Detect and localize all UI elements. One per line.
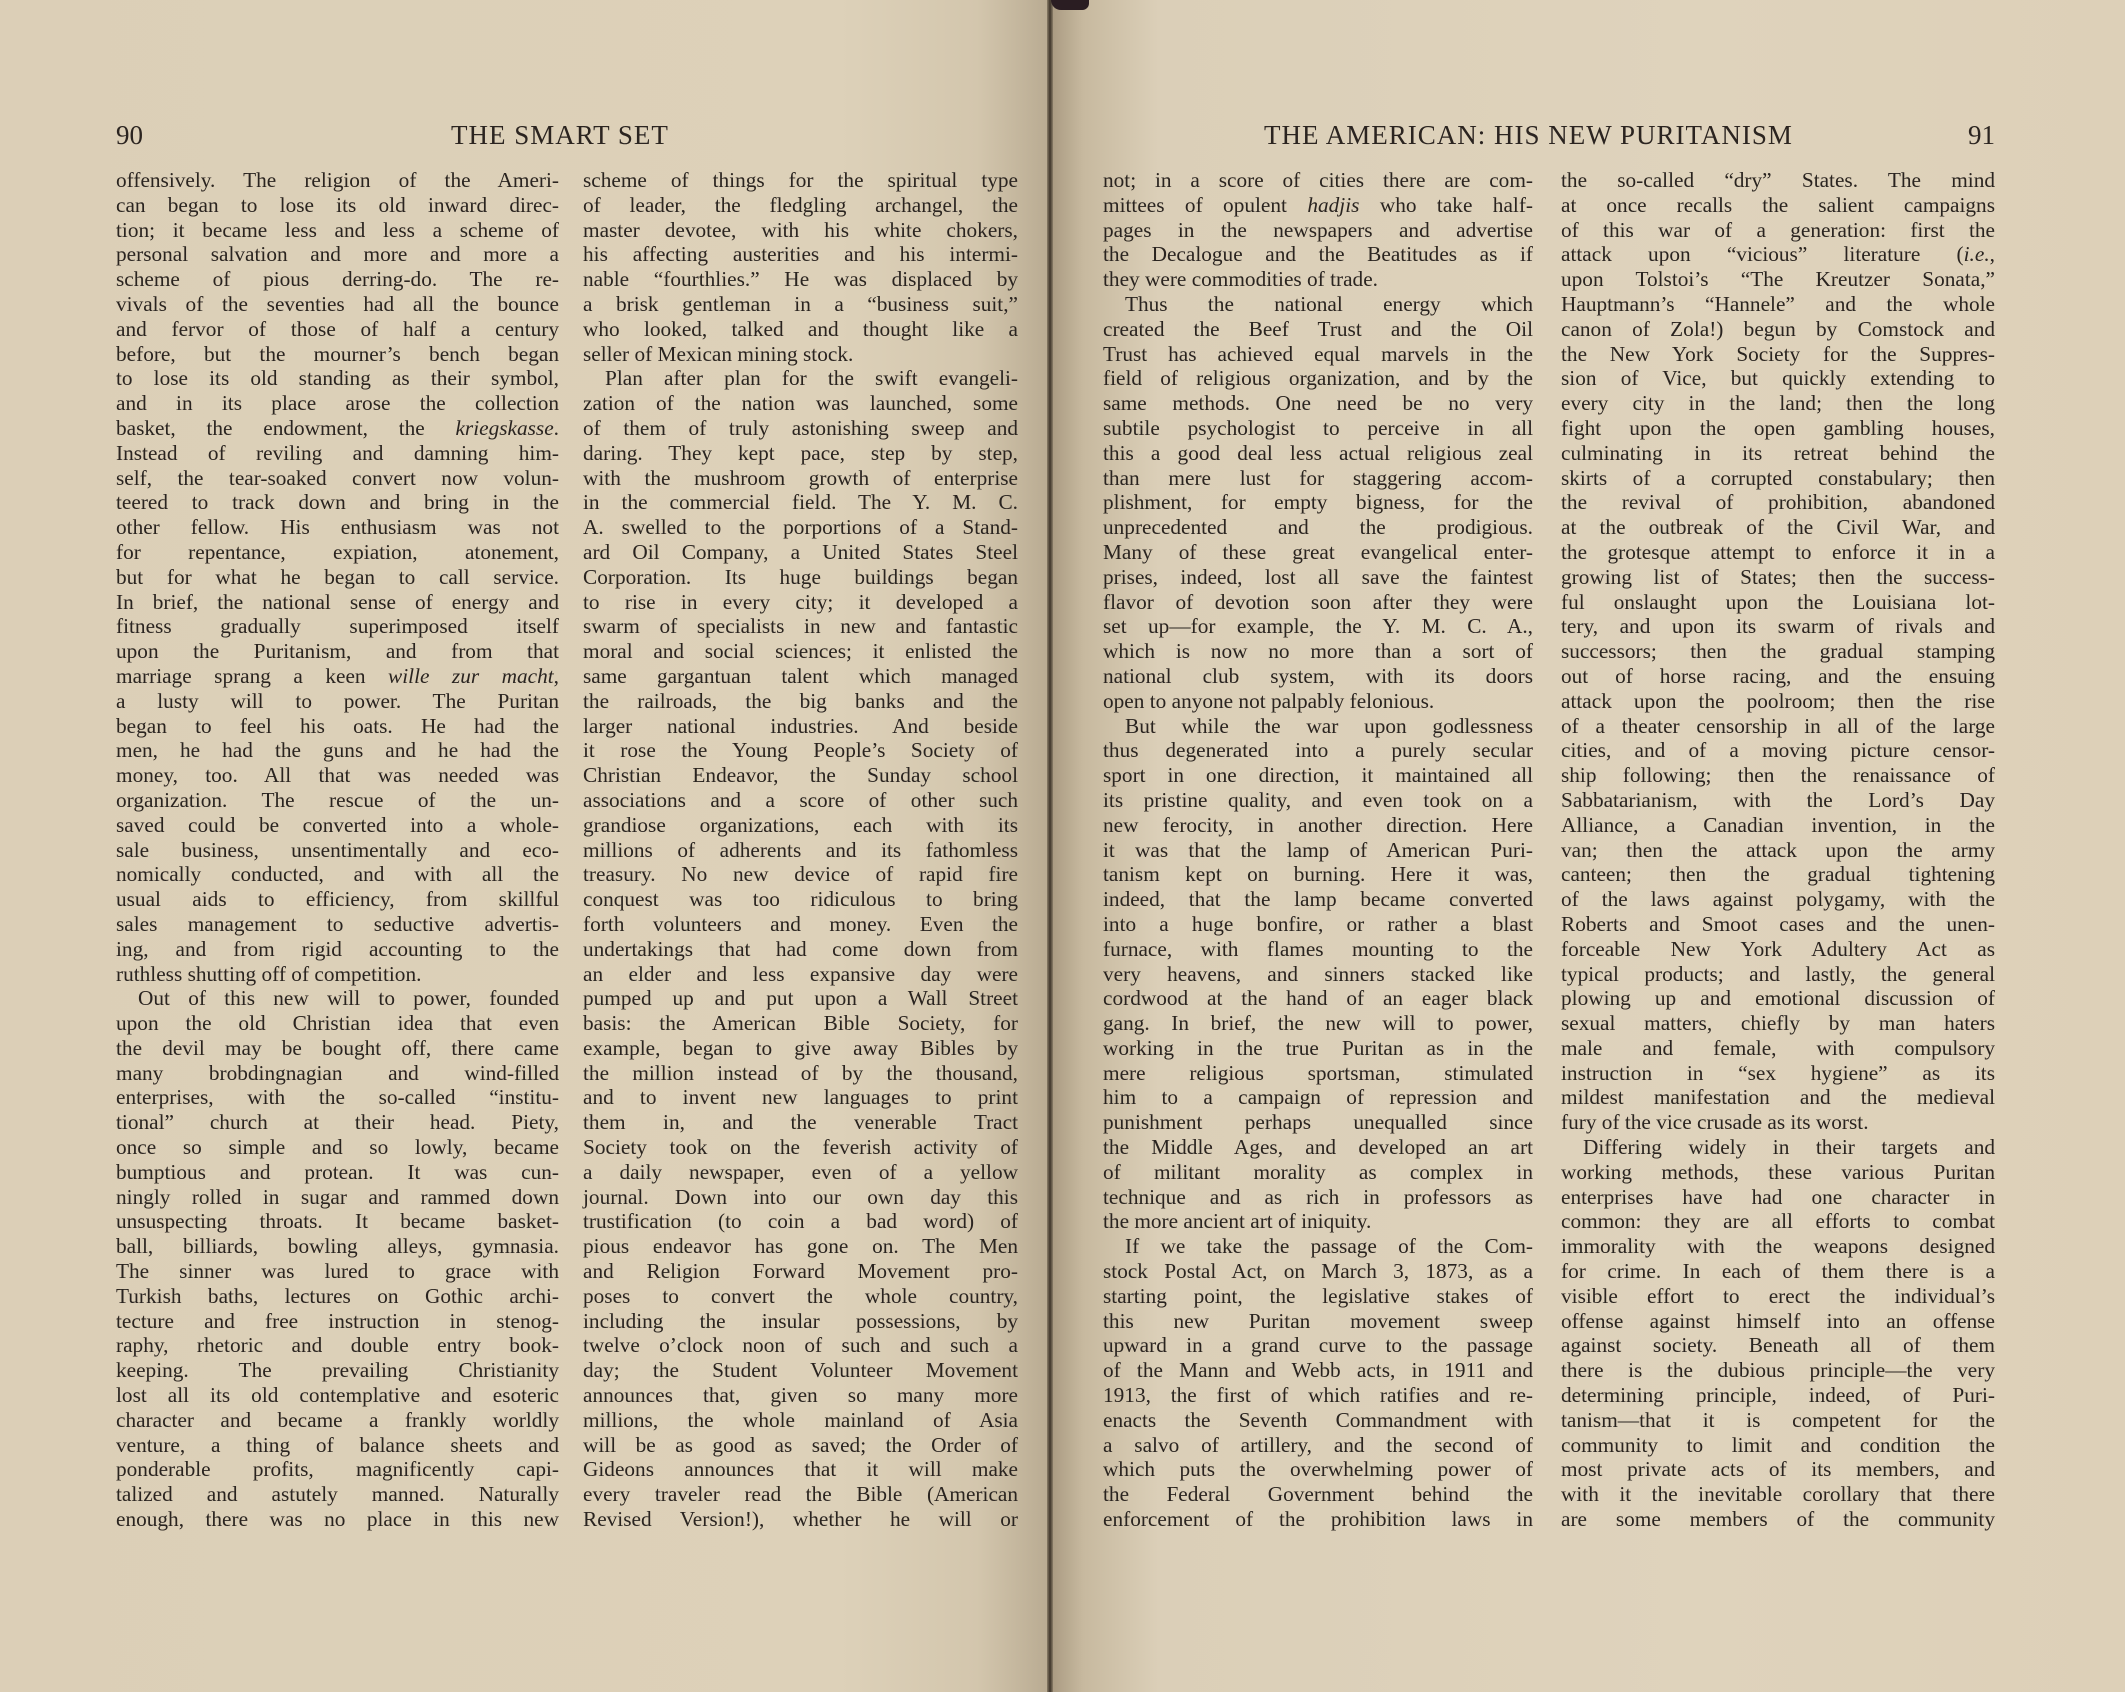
text-line: at the outbreak of the Civil War, and bbox=[1561, 515, 1995, 540]
text-line: scheme of pious derring-do. The re- bbox=[116, 267, 559, 292]
text-line: at once recalls the salient campaigns bbox=[1561, 193, 1995, 218]
text-line: basket, the endowment, the kriegskasse. bbox=[116, 416, 559, 441]
text-line: the so-called “dry” States. The mind bbox=[1561, 168, 1995, 193]
text-line: indeed, that the lamp became converted bbox=[1103, 887, 1533, 912]
text-line: can began to lose its old inward direc- bbox=[116, 193, 559, 218]
text-line: offensively. The religion of the Ameri- bbox=[116, 168, 559, 193]
text-line: it was that the lamp of American Puri- bbox=[1103, 838, 1533, 863]
text-line: lost all its old contemplative and esote… bbox=[116, 1383, 559, 1408]
right-page: THE AMERICAN: HIS NEW PURITANISM 91 not;… bbox=[1051, 0, 2125, 1692]
text-line: grandiose organizations, each with its bbox=[583, 813, 1018, 838]
text-line: many brobdingnagian and wind-filled bbox=[116, 1061, 559, 1086]
text-line: tecture and free instruction in stenog- bbox=[116, 1309, 559, 1334]
text-line: van; then the attack upon the army bbox=[1561, 838, 1995, 863]
text-line: created the Beef Trust and the Oil bbox=[1103, 317, 1533, 342]
text-line: tanism—that it is competent for the bbox=[1561, 1408, 1995, 1433]
text-line: who looked, talked and thought like a bbox=[583, 317, 1018, 342]
text-column-1: offensively. The religion of the Ameri-c… bbox=[116, 168, 559, 1532]
bookmark-ribbon bbox=[1051, 0, 1089, 10]
text-line: than mere lust for staggering accom- bbox=[1103, 466, 1533, 491]
text-line: seller of Mexican mining stock. bbox=[583, 342, 1018, 367]
text-line: stock Postal Act, on March 3, 1873, as a bbox=[1103, 1259, 1533, 1284]
text-line: a brisk gentleman in a “business suit,” bbox=[583, 292, 1018, 317]
text-line: working methods, these various Puritan bbox=[1561, 1160, 1995, 1185]
text-line: community to limit and condition the bbox=[1561, 1433, 1995, 1458]
text-line: prises, indeed, lost all save the fainte… bbox=[1103, 565, 1533, 590]
text-line: Hauptmann’s “Hannele” and the whole bbox=[1561, 292, 1995, 317]
text-line: and Religion Forward Movement pro- bbox=[583, 1259, 1018, 1284]
text-line: enough, there was no place in this new bbox=[116, 1507, 559, 1532]
text-line: 1913, the first of which ratifies and re… bbox=[1103, 1383, 1533, 1408]
text-line: new ferocity, in another direction. Here bbox=[1103, 813, 1533, 838]
text-line: Many of these great evangelical enter- bbox=[1103, 540, 1533, 565]
text-line: Revised Version!), whether he will or bbox=[583, 1507, 1018, 1532]
text-line: venture, a thing of balance sheets and bbox=[116, 1433, 559, 1458]
text-line: millions, the whole mainland of Asia bbox=[583, 1408, 1018, 1433]
text-line: its pristine quality, and even took on a bbox=[1103, 788, 1533, 813]
text-line: most private acts of its members, and bbox=[1561, 1457, 1995, 1482]
text-line: the devil may be bought off, there came bbox=[116, 1036, 559, 1061]
text-line: unprecedented and the prodigious. bbox=[1103, 515, 1533, 540]
text-line: vivals of the seventies had all the boun… bbox=[116, 292, 559, 317]
text-line: Plan after plan for the swift evangeli- bbox=[583, 366, 1018, 391]
text-line: Gideons announces that it will make bbox=[583, 1457, 1018, 1482]
text-line: punishment perhaps unequalled since bbox=[1103, 1110, 1533, 1135]
text-line: zation of the nation was launched, some bbox=[583, 391, 1018, 416]
text-line: tery, and upon its swarm of rivals and bbox=[1561, 614, 1995, 639]
text-line: upon the Puritanism, and from that bbox=[116, 639, 559, 664]
text-line: of this war of a generation: first the bbox=[1561, 218, 1995, 243]
text-line: Society took on the feverish activity of bbox=[583, 1135, 1018, 1160]
text-line: the more ancient art of iniquity. bbox=[1103, 1209, 1533, 1234]
text-line: scheme of things for the spiritual type bbox=[583, 168, 1018, 193]
text-line: began to feel his oats. He had the bbox=[116, 714, 559, 739]
text-line: daring. They kept pace, step by step, bbox=[583, 441, 1018, 466]
text-line: flavor of devotion soon after they were bbox=[1103, 590, 1533, 615]
text-line: the Federal Government behind the bbox=[1103, 1482, 1533, 1507]
text-line: gang. In brief, the new will to power, bbox=[1103, 1011, 1533, 1036]
text-line: the revival of prohibition, abandoned bbox=[1561, 490, 1995, 515]
text-line: national club system, with its doors bbox=[1103, 664, 1533, 689]
text-line: a salvo of artillery, and the second of bbox=[1103, 1433, 1533, 1458]
text-line: plowing up and emotional discussion of bbox=[1561, 986, 1995, 1011]
text-line: Thus the national energy which bbox=[1103, 292, 1533, 317]
text-line: to rise in every city; it developed a bbox=[583, 590, 1018, 615]
text-line: which is now no more than a sort of bbox=[1103, 639, 1533, 664]
text-line: forth volunteers and money. Even the bbox=[583, 912, 1018, 937]
text-line: ard Oil Company, a United States Steel bbox=[583, 540, 1018, 565]
text-line: of militant morality as complex in bbox=[1103, 1160, 1533, 1185]
text-line: The sinner was lured to grace with bbox=[116, 1259, 559, 1284]
text-line: a daily newspaper, even of a yellow bbox=[583, 1160, 1018, 1185]
running-head-left: THE SMART SET bbox=[451, 120, 669, 151]
text-line: Corporation. Its huge buildings began bbox=[583, 565, 1018, 590]
text-line: subtile psychologist to perceive in all bbox=[1103, 416, 1533, 441]
text-line: sale business, unsentimentally and eco- bbox=[116, 838, 559, 863]
text-line: and to invent new languages to print bbox=[583, 1085, 1018, 1110]
text-line: day; the Student Volunteer Movement bbox=[583, 1358, 1018, 1383]
text-line: immorality with the weapons designed bbox=[1561, 1234, 1995, 1259]
text-line: instruction in “sex hygiene” as its bbox=[1561, 1061, 1995, 1086]
text-line: master devotee, with his white chokers, bbox=[583, 218, 1018, 243]
text-line: for crime. In each of them there is a bbox=[1561, 1259, 1995, 1284]
text-line: conquest was too ridiculous to bring bbox=[583, 887, 1018, 912]
text-line: trustification (to coin a bad word) of bbox=[583, 1209, 1018, 1234]
text-line: which puts the overwhelming power of bbox=[1103, 1457, 1533, 1482]
text-line: men, he had the guns and he had the bbox=[116, 738, 559, 763]
text-line: it rose the Young People’s Society of bbox=[583, 738, 1018, 763]
text-line: canteen; then the gradual tightening bbox=[1561, 862, 1995, 887]
text-line: marriage sprang a keen wille zur macht, bbox=[116, 664, 559, 689]
text-line: common: they are all efforts to combat bbox=[1561, 1209, 1995, 1234]
text-line: fury of the vice crusade as its worst. bbox=[1561, 1110, 1995, 1135]
text-line: the New York Society for the Suppres- bbox=[1561, 342, 1995, 367]
text-line: Alliance, a Canadian invention, in the bbox=[1561, 813, 1995, 838]
text-line: other fellow. His enthusiasm was not bbox=[116, 515, 559, 540]
text-line: every traveler read the Bible (American bbox=[583, 1482, 1018, 1507]
text-line: of a theater censorship in all of the la… bbox=[1561, 714, 1995, 739]
text-line: Instead of reviling and damning him- bbox=[116, 441, 559, 466]
text-line: fitness gradually superimposed itself bbox=[116, 614, 559, 639]
text-line: there is the dubious principle—the very bbox=[1561, 1358, 1995, 1383]
text-line: his affecting austerities and his interm… bbox=[583, 242, 1018, 267]
text-line: sion of Vice, but quickly extending to bbox=[1561, 366, 1995, 391]
text-line: poses to convert the whole country, bbox=[583, 1284, 1018, 1309]
text-line: successors; then the gradual stamping bbox=[1561, 639, 1995, 664]
text-line: nomically conducted, and with all the bbox=[116, 862, 559, 887]
text-line: ball, billiards, bowling alleys, gymnasi… bbox=[116, 1234, 559, 1259]
text-line: very heavens, and sinners stacked like bbox=[1103, 962, 1533, 987]
text-line: typical products; and lastly, the genera… bbox=[1561, 962, 1995, 987]
text-line: sport in one direction, it maintained al… bbox=[1103, 763, 1533, 788]
text-line: Christian Endeavor, the Sunday school bbox=[583, 763, 1018, 788]
text-line: nable “fourthlies.” He was displaced by bbox=[583, 267, 1018, 292]
text-line: skirts of a corrupted constabulary; then bbox=[1561, 466, 1995, 491]
text-line: journal. Down into our own day this bbox=[583, 1185, 1018, 1210]
text-line: the million instead of by the thousand, bbox=[583, 1061, 1018, 1086]
text-line: open to anyone not palpably felonious. bbox=[1103, 689, 1533, 714]
text-line: undertakings that had come down from bbox=[583, 937, 1018, 962]
page-number-right: 91 bbox=[1968, 120, 1995, 151]
text-line: keeping. The prevailing Christianity bbox=[116, 1358, 559, 1383]
text-line: starting point, the legislative stakes o… bbox=[1103, 1284, 1533, 1309]
text-line: including the insular possessions, by bbox=[583, 1309, 1018, 1334]
text-line: an elder and less expansive day were bbox=[583, 962, 1018, 987]
text-line: example, began to give away Bibles by bbox=[583, 1036, 1018, 1061]
text-line: furnace, with flames mounting to the bbox=[1103, 937, 1533, 962]
text-line: A. swelled to the porportions of a Stand… bbox=[583, 515, 1018, 540]
text-line: upon Tolstoi’s “The Kreutzer Sonata,” bbox=[1561, 267, 1995, 292]
text-line: sales management to seductive advertis- bbox=[116, 912, 559, 937]
text-line: bumptious and protean. It was cun- bbox=[116, 1160, 559, 1185]
text-line: tanism kept on burning. Here it was, bbox=[1103, 862, 1533, 887]
text-line: this new Puritan movement sweep bbox=[1103, 1309, 1533, 1334]
text-line: and in its place arose the collection bbox=[116, 391, 559, 416]
text-line: In brief, the national sense of energy a… bbox=[116, 590, 559, 615]
text-line: enterprises have had one character in bbox=[1561, 1185, 1995, 1210]
text-line: fight upon the open gambling houses, bbox=[1561, 416, 1995, 441]
text-line: tion; it became less and less a scheme o… bbox=[116, 218, 559, 243]
text-line: tional” church at their head. Piety, bbox=[116, 1110, 559, 1135]
text-line: male and female, with compulsory bbox=[1561, 1036, 1995, 1061]
text-line: ful onslaught upon the Louisiana lot- bbox=[1561, 590, 1995, 615]
text-line: money, too. All that was needed was bbox=[116, 763, 559, 788]
text-line: mittees of opulent hadjis who take half- bbox=[1103, 193, 1533, 218]
text-line: in the commercial field. The Y. M. C. bbox=[583, 490, 1018, 515]
text-line: talized and astutely manned. Naturally bbox=[116, 1482, 559, 1507]
text-line: ing, and from rigid accounting to the bbox=[116, 937, 559, 962]
text-line: field of religious organization, and by … bbox=[1103, 366, 1533, 391]
text-line: Turkish baths, lectures on Gothic archi- bbox=[116, 1284, 559, 1309]
text-line: him to a campaign of repression and bbox=[1103, 1085, 1533, 1110]
text-line: basis: the American Bible Society, for bbox=[583, 1011, 1018, 1036]
book-spread: 90 THE SMART SET offensively. The religi… bbox=[0, 0, 2125, 1692]
text-line: teered to track down and bring in the bbox=[116, 490, 559, 515]
text-line: Sabbatarianism, with the Lord’s Day bbox=[1561, 788, 1995, 813]
left-page: 90 THE SMART SET offensively. The religi… bbox=[0, 0, 1051, 1692]
text-line: saved could be converted into a whole- bbox=[116, 813, 559, 838]
text-line: ningly rolled in sugar and rammed down bbox=[116, 1185, 559, 1210]
text-column-3: not; in a score of cities there are com-… bbox=[1103, 168, 1533, 1532]
text-line: ship following; then the renaissance of bbox=[1561, 763, 1995, 788]
text-line: attack upon “vicious” literature (i.e., bbox=[1561, 242, 1995, 267]
text-line: usual aids to efficiency, from skillful bbox=[116, 887, 559, 912]
text-line: ponderable profits, magnificently capi- bbox=[116, 1457, 559, 1482]
text-line: against society. Beneath all of them bbox=[1561, 1333, 1995, 1358]
text-line: canon of Zola!) begun by Comstock and bbox=[1561, 317, 1995, 342]
text-line: sexual matters, chiefly by man haters bbox=[1561, 1011, 1995, 1036]
text-line: the railroads, the big banks and the bbox=[583, 689, 1018, 714]
text-line: the Decalogue and the Beatitudes as if bbox=[1103, 242, 1533, 267]
text-line: Differing widely in their targets and bbox=[1561, 1135, 1995, 1160]
text-line: upward in a grand curve to the passage bbox=[1103, 1333, 1533, 1358]
text-line: not; in a score of cities there are com- bbox=[1103, 168, 1533, 193]
text-line: same methods. One need be no very bbox=[1103, 391, 1533, 416]
text-line: determining principle, indeed, of Puri- bbox=[1561, 1383, 1995, 1408]
text-line: swarm of specialists in new and fantasti… bbox=[583, 614, 1018, 639]
text-line: visible effort to erect the individual’s bbox=[1561, 1284, 1995, 1309]
text-line: moral and social sciences; it enlisted t… bbox=[583, 639, 1018, 664]
text-line: unsuspecting throats. It became basket- bbox=[116, 1209, 559, 1234]
text-line: are some members of the community bbox=[1561, 1507, 1995, 1532]
text-line: offense against himself into an offense bbox=[1561, 1309, 1995, 1334]
text-line: a lusty will to power. The Puritan bbox=[116, 689, 559, 714]
text-line: to lose its old standing as their symbol… bbox=[116, 366, 559, 391]
text-column-4: the so-called “dry” States. The mindat o… bbox=[1561, 168, 1995, 1532]
book-gutter bbox=[1047, 0, 1053, 1692]
text-line: culminating in its retreat behind the bbox=[1561, 441, 1995, 466]
text-line: before, but the mourner’s bench began bbox=[116, 342, 559, 367]
text-line: pumped up and put upon a Wall Street bbox=[583, 986, 1018, 1011]
text-line: mildest manifestation and the medieval bbox=[1561, 1085, 1995, 1110]
text-line: If we take the passage of the Com- bbox=[1103, 1234, 1533, 1259]
text-line: personal salvation and more and more a bbox=[116, 242, 559, 267]
text-line: millions of adherents and its fathomless bbox=[583, 838, 1018, 863]
text-line: this a good deal less actual religious z… bbox=[1103, 441, 1533, 466]
text-line: working in the true Puritan as in the bbox=[1103, 1036, 1533, 1061]
text-line: ruthless shutting off of competition. bbox=[116, 962, 559, 987]
text-line: with the mushroom growth of enterprise bbox=[583, 466, 1018, 491]
text-line: enforcement of the prohibition laws in bbox=[1103, 1507, 1533, 1532]
text-line: forceable New York Adultery Act as bbox=[1561, 937, 1995, 962]
text-line: enterprises, with the so-called “institu… bbox=[116, 1085, 559, 1110]
text-line: character and became a frankly worldly bbox=[116, 1408, 559, 1433]
text-line: plishment, for empty bigness, for the bbox=[1103, 490, 1533, 515]
text-line: every city in the land; then the long bbox=[1561, 391, 1995, 416]
text-line: cordwood at the hand of an eager black bbox=[1103, 986, 1533, 1011]
text-line: out of horse racing, and the ensuing bbox=[1561, 664, 1995, 689]
text-line: treasury. No new device of rapid fire bbox=[583, 862, 1018, 887]
text-line: will be as good as saved; the Order of bbox=[583, 1433, 1018, 1458]
text-line: of leader, the fledgling archangel, the bbox=[583, 193, 1018, 218]
page-number-left: 90 bbox=[116, 120, 143, 151]
text-column-2: scheme of things for the spiritual typeo… bbox=[583, 168, 1018, 1532]
text-line: growing list of States; then the success… bbox=[1561, 565, 1995, 590]
text-line: technique and as rich in professors as bbox=[1103, 1185, 1533, 1210]
text-line: thus degenerated into a purely secular bbox=[1103, 738, 1533, 763]
text-line: announces that, given so many more bbox=[583, 1383, 1018, 1408]
text-line: set up—for example, the Y. M. C. A., bbox=[1103, 614, 1533, 639]
text-line: Trust has achieved equal marvels in the bbox=[1103, 342, 1533, 367]
text-line: them in, and the venerable Tract bbox=[583, 1110, 1018, 1135]
running-head-right: THE AMERICAN: HIS NEW PURITANISM bbox=[1264, 120, 1793, 151]
text-line: Roberts and Smoot cases and the unen- bbox=[1561, 912, 1995, 937]
text-line: mere religious sportsman, stimulated bbox=[1103, 1061, 1533, 1086]
text-line: but for what he began to call service. bbox=[116, 565, 559, 590]
text-line: larger national industries. And beside bbox=[583, 714, 1018, 739]
text-line: raphy, rhetoric and double entry book- bbox=[116, 1333, 559, 1358]
text-line: and fervor of those of half a century bbox=[116, 317, 559, 342]
text-line: of the Mann and Webb acts, in 1911 and bbox=[1103, 1358, 1533, 1383]
text-line: But while the war upon godlessness bbox=[1103, 714, 1533, 739]
text-line: associations and a score of other such bbox=[583, 788, 1018, 813]
text-line: twelve o’clock noon of such and such a bbox=[583, 1333, 1018, 1358]
text-line: into a huge bonfire, or rather a blast bbox=[1103, 912, 1533, 937]
text-line: once so simple and so lowly, became bbox=[116, 1135, 559, 1160]
text-line: organization. The rescue of the un- bbox=[116, 788, 559, 813]
text-line: the Middle Ages, and developed an art bbox=[1103, 1135, 1533, 1160]
text-line: attack upon the poolroom; then the rise bbox=[1561, 689, 1995, 714]
text-line: pages in the newspapers and advertise bbox=[1103, 218, 1533, 243]
text-line: of the laws against polygamy, with the bbox=[1561, 887, 1995, 912]
text-line: enacts the Seventh Commandment with bbox=[1103, 1408, 1533, 1433]
text-line: they were commodities of trade. bbox=[1103, 267, 1533, 292]
text-line: for repentance, expiation, atonement, bbox=[116, 540, 559, 565]
text-line: the grotesque attempt to enforce it in a bbox=[1561, 540, 1995, 565]
text-line: upon the old Christian idea that even bbox=[116, 1011, 559, 1036]
text-line: of them of truly astonishing sweep and bbox=[583, 416, 1018, 441]
text-line: self, the tear-soaked convert now volun- bbox=[116, 466, 559, 491]
text-line: same gargantuan talent which managed bbox=[583, 664, 1018, 689]
text-line: with it the inevitable corollary that th… bbox=[1561, 1482, 1995, 1507]
text-line: pious endeavor has gone on. The Men bbox=[583, 1234, 1018, 1259]
text-line: Out of this new will to power, founded bbox=[116, 986, 559, 1011]
text-line: cities, and of a moving picture censor- bbox=[1561, 738, 1995, 763]
